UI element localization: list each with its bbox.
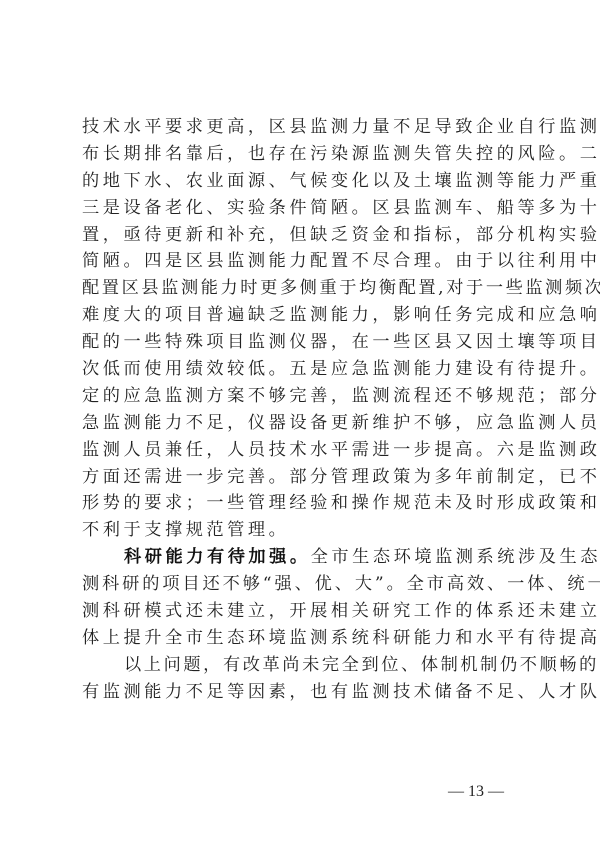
document-page: 技术水平要求更高，区县监测力量不足导致企业自行监测信息发 布长期排名靠后，也存在… [0, 0, 600, 848]
page-number: — 13 — [448, 783, 528, 801]
text-line: 布长期排名靠后，也存在污染源监测失管失控的风险。二是新增 [82, 141, 522, 168]
text-line: 次低而使用绩效较低。五是应急监测能力建设有待提升。区县制 [82, 356, 522, 383]
text-line: 的地下水、农业面源、气候变化以及土壤监测等能力严重不足。 [82, 168, 522, 195]
section-heading: 科研能力有待加强。 [124, 547, 311, 567]
text-line: 有监测能力不足等因素，也有监测技术储备不足、人才队伍建设 [82, 679, 522, 706]
text-line: 定的应急监测方案不够完善，监测流程还不够规范；部分区县应 [82, 383, 522, 410]
text-line: 简陋。四是区县监测能力配置不尽合理。由于以往利用中央资金 [82, 248, 522, 275]
text-line: 配置区县监测能力时更多侧重于均衡配置,对于一些监测频次低、 [82, 275, 522, 302]
text-line: 方面还需进一步完善。部分管理政策为多年前制定，已不适应新 [82, 464, 522, 491]
body-text: 技术水平要求更高，区县监测力量不足导致企业自行监测信息发 布长期排名靠后，也存在… [82, 114, 522, 706]
section-text: 全市生态环境监测系统涉及生态环境监 [311, 547, 600, 567]
text-line: 形势的要求；一些管理经验和操作规范未及时形成政策和标准， [82, 490, 522, 517]
text-line: 技术水平要求更高，区县监测力量不足导致企业自行监测信息发 [82, 114, 522, 141]
text-line: 急监测能力不足，仪器设备更新维护不够，应急监测人员基本由 [82, 410, 522, 437]
section-paragraph-first-line: 科研能力有待加强。全市生态环境监测系统涉及生态环境监 [82, 544, 522, 571]
text-line: 三是设备老化、实验条件简陋。区县监测车、船等多为十年前配 [82, 195, 522, 222]
text-line: 配的一些特殊项目监测仪器，在一些区县又因土壤等项目监测频 [82, 329, 522, 356]
text-line: 测科研的项目还不够“强、优、大”。全市高效、一体、统一的监 [82, 571, 522, 598]
text-line: 不利于支撑规范管理。 [82, 517, 522, 544]
text-line: 置，亟待更新和补充，但缺乏资金和指标，部分机构实验室条件 [82, 222, 522, 249]
closing-paragraph-first-line: 以上问题，有改革尚未完全到位、体制机制仍不顺畅的因素， [82, 652, 522, 679]
text-line: 测科研模式还未建立，开展相关研究工作的体系还未建立，从整 [82, 598, 522, 625]
text-line: 体上提升全市生态环境监测系统科研能力和水平有待提高。 [82, 625, 522, 652]
text-line: 监测人员兼任，人员技术水平需进一步提高。六是监测政策标准 [82, 437, 522, 464]
text-line: 难度大的项目普遍缺乏监测能力，影响任务完成和应急响应。统 [82, 302, 522, 329]
